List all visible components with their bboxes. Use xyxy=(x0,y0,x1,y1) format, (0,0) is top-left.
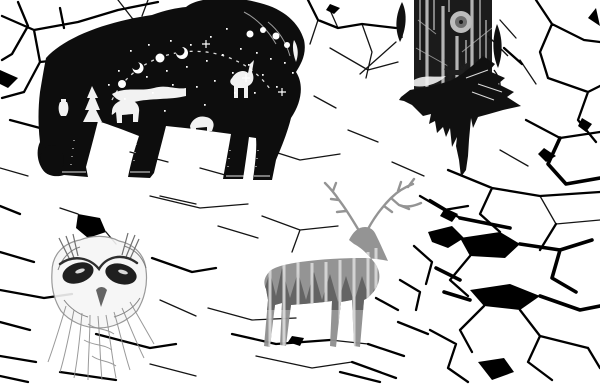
moon-phase xyxy=(156,54,165,63)
moon-phase xyxy=(118,80,126,88)
lion-tail-tuft xyxy=(40,145,64,175)
marble-animal-collage: cosmic-lion-silhouette flying-eagle-silh… xyxy=(0,0,600,384)
moon-crescent-shadow xyxy=(176,47,185,56)
forest-moon-core xyxy=(459,20,463,24)
moon-phase xyxy=(273,33,280,40)
moon-phase xyxy=(247,31,254,38)
collage-svg: cosmic-lion-silhouette flying-eagle-silh… xyxy=(0,0,600,384)
moon-crescent-shadow xyxy=(132,62,140,70)
